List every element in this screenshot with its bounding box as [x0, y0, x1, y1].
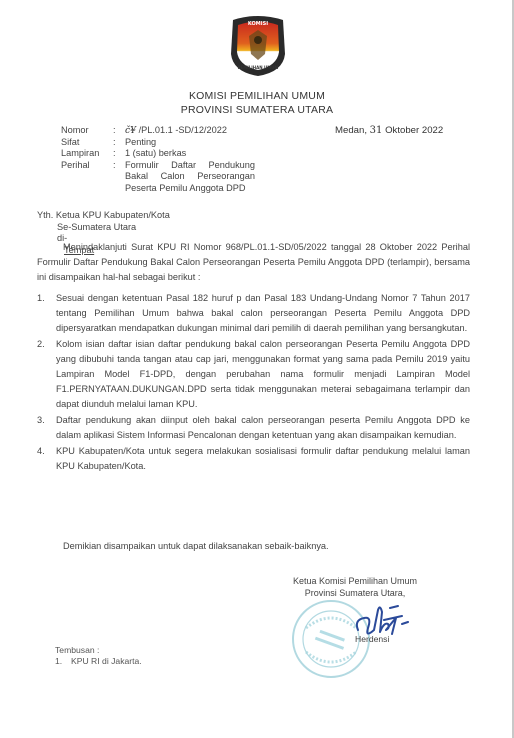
svg-text:PEMILIHAN UMUM: PEMILIHAN UMUM [238, 65, 279, 70]
list-item: 3. Daftar pendukung akan diinput oleh ba… [37, 413, 470, 443]
item-text: Kolom isian daftar isian daftar pendukun… [56, 337, 470, 412]
letter-date: Medan, 31 Oktober 2022 [335, 125, 443, 136]
item-text: Sesuai dengan ketentuan Pasal 182 huruf … [56, 291, 470, 336]
org-name: KOMISI PEMILIHAN UMUM [0, 90, 514, 102]
item-text: Daftar pendukung akan diinput oleh bakal… [56, 413, 470, 443]
nomor-text: /PL.01.1 -SD/12/2022 [139, 125, 227, 135]
nomor-row: Nomor : č¥ /PL.01.1 -SD/12/2022 [61, 125, 255, 137]
perihal-value: Formulir Daftar Pendukung Bakal Calon Pe… [125, 160, 255, 195]
tembusan-number: 1. [55, 656, 71, 667]
province-name: PROVINSI SUMATERA UTARA [0, 104, 514, 116]
item-number: 2. [37, 337, 56, 412]
recipient-line: Se-Sumatera Utara [37, 222, 170, 234]
colon: : [113, 125, 125, 137]
perihal-line: Peserta Pemilu Anggota DPD [125, 183, 255, 195]
colon: : [113, 160, 125, 195]
intro-paragraph: Menindaklanjuti Surat KPU RI Nomor 968/P… [37, 240, 470, 285]
recipient-line: Yth. Ketua KPU Kabupaten/Kota [37, 210, 170, 222]
colon: : [113, 148, 125, 160]
svg-text:KOMISI: KOMISI [248, 21, 268, 27]
nomor-value: č¥ /PL.01.1 -SD/12/2022 [125, 125, 255, 137]
item-number: 3. [37, 413, 56, 443]
list-item: 4. KPU Kabupaten/Kota untuk segera melak… [37, 444, 470, 474]
sifat-row: Sifat : Penting [61, 137, 255, 149]
lampiran-row: Lampiran : 1 (satu) berkas [61, 148, 255, 160]
closing-sentence: Demikian disampaikan untuk dapat dilaksa… [63, 541, 329, 551]
item-number: 4. [37, 444, 56, 474]
item-text: KPU Kabupaten/Kota untuk segera melakuka… [56, 444, 470, 474]
signature-title-line: Ketua Komisi Pemilihan Umum [270, 575, 440, 587]
tembusan-text: KPU RI di Jakarta. [71, 656, 142, 667]
date-day: 31 [370, 125, 383, 136]
perihal-row: Perihal : Formulir Daftar Pendukung Baka… [61, 160, 255, 195]
list-item: 1. Sesuai dengan ketentuan Pasal 182 hur… [37, 291, 470, 336]
nomor-handwritten: č¥ [125, 125, 136, 136]
tembusan-block: Tembusan : 1. KPU RI di Jakarta. [55, 645, 142, 667]
nomor-label: Nomor [61, 125, 113, 137]
letter-meta: Nomor : č¥ /PL.01.1 -SD/12/2022 Sifat : … [61, 125, 255, 194]
kpu-emblem-icon: KOMISI PEMILIHAN UMUM [225, 14, 291, 78]
lampiran-value: 1 (satu) berkas [125, 148, 255, 160]
colon: : [113, 137, 125, 149]
perihal-label: Perihal [61, 160, 113, 195]
tembusan-label: Tembusan : [55, 645, 142, 656]
sifat-value: Penting [125, 137, 255, 149]
points-list: 1. Sesuai dengan ketentuan Pasal 182 hur… [37, 291, 470, 475]
list-item: 2. Kolom isian daftar isian daftar pendu… [37, 337, 470, 412]
date-month-year: Oktober 2022 [385, 125, 443, 136]
item-number: 1. [37, 291, 56, 336]
sifat-label: Sifat [61, 137, 113, 149]
lampiran-label: Lampiran [61, 148, 113, 160]
signature-title: Ketua Komisi Pemilihan Umum Provinsi Sum… [270, 575, 440, 599]
date-place: Medan, [335, 125, 367, 136]
perihal-line: Bakal Calon Perseorangan [125, 171, 255, 183]
signer-name: Herdensi [355, 634, 389, 644]
perihal-line: Formulir Daftar Pendukung [125, 160, 255, 172]
tembusan-item: 1. KPU RI di Jakarta. [55, 656, 142, 667]
